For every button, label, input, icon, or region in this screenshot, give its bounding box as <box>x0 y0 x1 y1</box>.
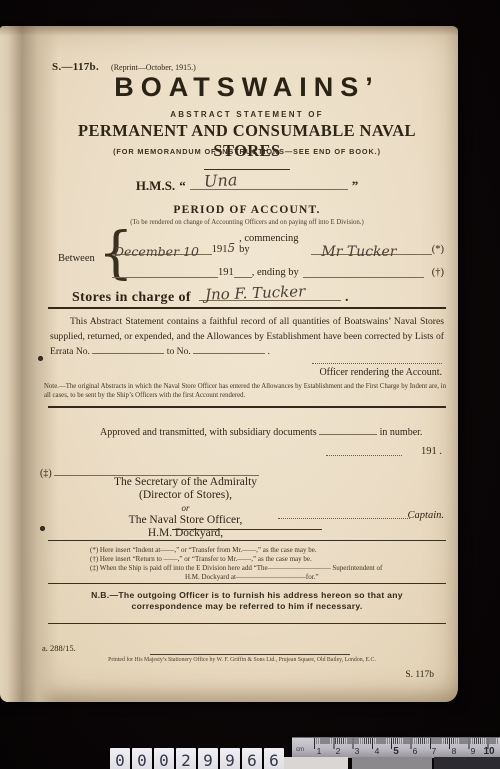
footnote-marker-dagger: (†) <box>432 267 444 278</box>
captain-label: Captain. <box>408 510 444 521</box>
documents-count-blank <box>319 423 377 435</box>
footnote-dagger: (†) Here insert “Return to ——,” or “Tran… <box>90 555 312 564</box>
declaration-end-mark: . <box>268 346 270 357</box>
ending-name-blank <box>303 266 424 278</box>
hms-close-quote: ” <box>352 178 359 193</box>
ruler-number: 6 <box>413 746 418 756</box>
rule-above-footnotes <box>48 540 446 541</box>
ship-name-blank: Una <box>190 178 348 190</box>
binding-hole-2 <box>40 526 45 531</box>
id-digit-card: 6 <box>264 748 284 769</box>
date-blank: December 10 <box>112 243 212 255</box>
ship-name-line: H.M.S. “ Una ” <box>46 177 448 195</box>
heavy-rule-2 <box>48 406 446 408</box>
footnote-ddagger-1: (‡) When the Ship is paid off into the E… <box>90 564 382 573</box>
id-digit-card: 2 <box>176 748 196 769</box>
id-digit-card: 9 <box>220 748 240 769</box>
ruler-number: 7 <box>432 746 437 756</box>
reference-number: a. 288/15. <box>42 643 76 653</box>
ruler-number: 5 <box>393 746 399 757</box>
page-subtitle: ABSTRACT STATEMENT OF <box>46 110 448 119</box>
address-line-4: The Naval Store Officer, <box>78 514 293 526</box>
commencing-name-blank: Mr Tucker <box>311 243 431 255</box>
officer-rendering-label: Officer rendering the Account. <box>319 367 442 378</box>
nb-notice: N.B.—The outgoing Officer is to furnish … <box>70 590 424 612</box>
ruler-number: 8 <box>452 746 457 756</box>
date-blank-2 <box>112 266 218 278</box>
date-handwritten: December 10 <box>114 244 199 259</box>
address-line-1: The Secretary of the Admiralty <box>78 476 293 488</box>
ship-name-handwritten: Una <box>203 170 237 191</box>
officer-signature-line <box>312 363 442 364</box>
period-row-commencing: December 10 191 5 , commencing by Mr Tuc… <box>112 233 444 255</box>
captain-signature-line <box>278 518 410 519</box>
printed-year-2: 191 <box>218 267 234 278</box>
heavy-rule-1 <box>48 307 446 309</box>
commencing-name-handwritten: Mr Tucker <box>321 244 396 260</box>
divider <box>204 169 290 170</box>
stores-name-handwritten: Jno F. Tucker <box>205 282 306 303</box>
ruler-number: 1 <box>317 746 322 756</box>
footnote-ddagger-2: H.M. Dockyard at——————————for.” <box>185 573 319 582</box>
year-digit-handwritten: 5 <box>227 241 235 255</box>
grayscale-patch-light <box>284 757 348 769</box>
rule-below-footnotes <box>48 583 446 584</box>
id-digit-card: 9 <box>198 748 218 769</box>
period-row-ending: 191 , ending by (†) <box>112 266 444 278</box>
ruler-number: 4 <box>375 746 380 756</box>
year-191-label: 191 . <box>421 446 442 457</box>
printer-rule <box>150 654 350 655</box>
photo-id-number: 0 0 0 2 9 9 6 6 <box>110 748 284 769</box>
footnote-star: (*) Here insert “Indent at——,” or “Trans… <box>90 546 317 555</box>
footnote-marker-star: (*) <box>432 244 444 255</box>
stores-name-blank: Jno F. Tucker <box>199 289 341 301</box>
abstract-note: Note.—The original Abstracts in which th… <box>44 383 446 400</box>
declaration-paragraph: This Abstract Statement contains a faith… <box>50 315 444 360</box>
ddagger-marker: (‡) <box>40 468 52 479</box>
id-digit-card: 6 <box>242 748 262 769</box>
form-code: S. 117b <box>405 670 434 680</box>
ruler-number: 3 <box>355 746 360 756</box>
form-page: S.—117b. (Reprint—October, 1915.) BOATSW… <box>0 26 458 702</box>
measuring-ruler: cm 1 2 3 4 5 6 7 8 9 10 <box>292 737 500 758</box>
date-signature-line <box>326 455 402 456</box>
id-digit-card: 0 <box>132 748 152 769</box>
ruler-unit-label: cm <box>296 747 304 753</box>
printer-imprint: Printed for His Majesty’s Stationery Off… <box>50 657 434 663</box>
ending-label: , ending by <box>252 267 299 278</box>
rule-below-nb <box>48 623 446 624</box>
ruler-number: 10 <box>483 746 494 757</box>
stores-line: Stores in charge of Jno F. Tucker . <box>72 288 349 306</box>
grayscale-patch-mid <box>352 757 432 769</box>
errata-to-blank <box>193 344 265 354</box>
errata-from-blank <box>92 344 164 354</box>
id-digit-card: 0 <box>110 748 130 769</box>
id-digit-card: 0 <box>154 748 174 769</box>
approved-line: Approved and transmitted, with subsidiar… <box>100 423 422 438</box>
binding-hole <box>38 356 43 361</box>
page-title: BOATSWAINS’ <box>46 72 448 103</box>
hms-label: H.M.S. <box>136 178 175 193</box>
printed-year: 191 <box>212 244 228 255</box>
photograph-frame: S.—117b. (Reprint—October, 1915.) BOATSW… <box>0 0 500 769</box>
grayscale-patch-dark <box>434 757 500 769</box>
reprint-note: (Reprint—October, 1915.) <box>111 63 196 72</box>
ddagger-blank <box>54 464 259 476</box>
approved-text-2: in number. <box>380 427 423 438</box>
ruler-number: 9 <box>471 746 476 756</box>
divider-2 <box>172 529 322 530</box>
address-line-or: or <box>78 503 293 513</box>
between-label: Between <box>58 253 95 264</box>
ruler-number: 2 <box>336 746 341 756</box>
commencing-label: , commencing by <box>239 233 307 255</box>
address-line-2: (Director of Stores), <box>78 489 293 501</box>
stores-label: Stores in charge of <box>72 290 191 305</box>
instructions-note: (FOR MEMORANDUM OF INSTRUCTIONS—SEE END … <box>46 147 448 156</box>
year-blank <box>234 266 252 278</box>
declaration-text-2: to No. <box>167 346 191 357</box>
approved-text-1: Approved and transmitted, with subsidiar… <box>100 427 317 438</box>
stores-end-mark: . <box>345 290 349 305</box>
period-heading: PERIOD OF ACCOUNT. <box>46 204 448 216</box>
hms-open-quote: “ <box>179 178 186 193</box>
